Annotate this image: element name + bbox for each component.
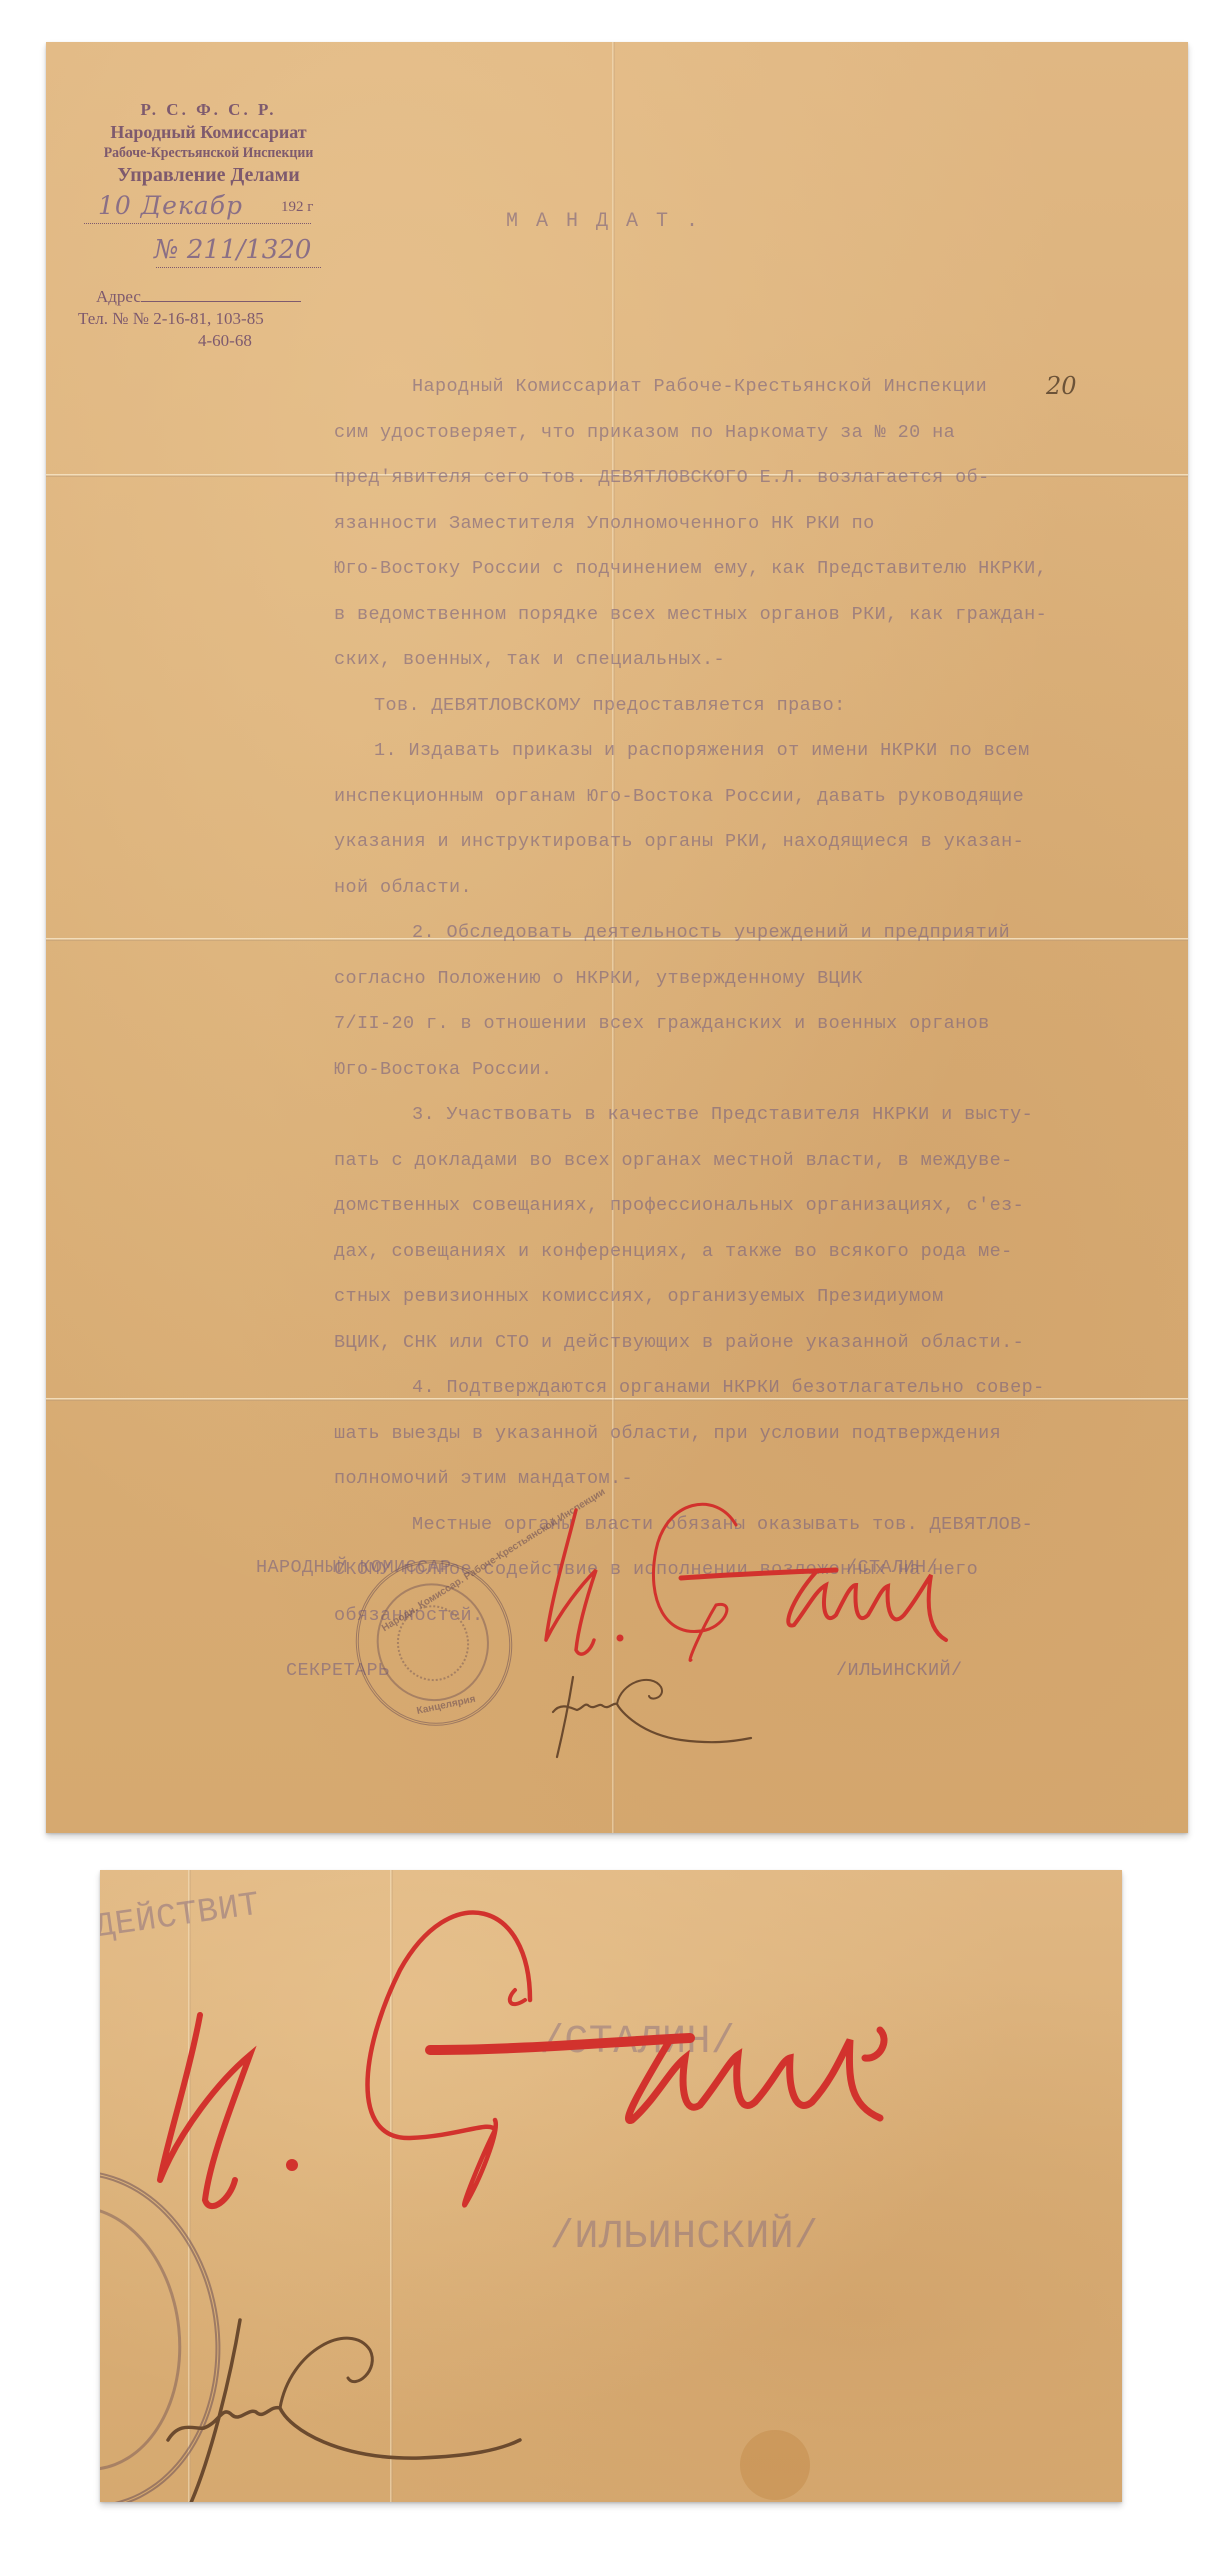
body-line: 1. Издавать приказы и распоряжения от им… [334,728,1184,774]
date-handwritten: 10 Декабр [98,191,243,220]
body-line: пред'явителя сего тов. ДЕВЯТЛОВСКОГО Е.Л… [334,455,1184,501]
body-line: Юго-Востоку России с подчинением ему, ка… [334,546,1184,592]
body-line: домственных совещаниях, профессиональных… [334,1183,1184,1229]
body-line: пать с докладами во всех органах местной… [334,1138,1184,1184]
body-line: дах, совещаниях и конференциях, а также … [334,1229,1184,1275]
document-body: Народный Комиссариат Рабоче-Крестьянской… [334,364,1184,1638]
body-line: ной области. [334,865,1184,911]
letterhead-phone-2: 4-60-68 [76,331,341,351]
brown-signature-secretary [551,1672,811,1762]
letterhead-stamp: Р. С. Ф. С. Р. Народный Комиссариат Рабо… [76,100,341,351]
body-line: Тов. ДЕВЯТЛОВСКОМУ предоставляется право… [334,683,1184,729]
mandate-document: Р. С. Ф. С. Р. Народный Комиссариат Рабо… [46,42,1188,1833]
body-line: в ведомственном порядке всех местных орг… [334,592,1184,638]
order-number-handwritten: 20 [1046,372,1077,400]
body-line: ВЦИК, СНК или СТО и действующих в районе… [334,1320,1184,1366]
red-signature-stalin-enlarged [120,1890,1120,2230]
document-title: МАНДАТ. [506,210,716,233]
body-line: язанности Заместителя Уполномоченного НК… [334,501,1184,547]
letterhead-state: Р. С. Ф. С. Р. [76,100,341,120]
paper-stain [740,2430,810,2500]
date-suffix: 192 г [281,199,313,216]
body-line: 4. Подтверждаются органами НКРКИ безотла… [334,1365,1184,1411]
red-signature-stalin [536,1490,1056,1670]
body-line: 7/II-20 г. в отношении всех гражданских … [334,1001,1184,1047]
body-line: согласно Положению о НКРКИ, утвержденном… [334,956,1184,1002]
signature-detail-inset: ДЕЙСТВИТ /СТАЛИН/ /ИЛЬИНСКИЙ/ [100,1870,1122,2502]
letterhead-address: Адрес [76,287,341,307]
body-line: шать выезды в указанной области, при усл… [334,1411,1184,1457]
letterhead-date: 10 Декабр 192 г [76,193,341,223]
letterhead-inspection: Рабоче-Крестьянской Инспекции [87,145,331,162]
letterhead-number: № 211/1320 [76,235,341,269]
letterhead-department: Управление Делами [76,164,341,187]
number-handwritten: № 211/1320 [154,235,311,265]
body-line: указания и инструктировать органы РКИ, н… [334,819,1184,865]
body-line: 2. Обследовать деятельность учреждений и… [334,910,1184,956]
letterhead-commissariat: Народный Комиссариат [76,122,341,143]
body-line: 3. Участвовать в качестве Представителя … [334,1092,1184,1138]
address-label: Адрес [96,287,141,306]
body-line: инспекционным органам Юго-Востока России… [334,774,1184,820]
body-line: ских, военных, так и специальных.- [334,637,1184,683]
letterhead-phone: Тел. № № 2-16-81, 103-85 [76,309,341,329]
body-line: Юго-Востока России. [334,1047,1184,1093]
brown-signature-secretary-enlarged [140,2310,660,2502]
body-line: стных ревизионных комиссиях, организуемы… [334,1274,1184,1320]
body-line: сим удостоверяет, что приказом по Нарком… [334,410,1184,456]
